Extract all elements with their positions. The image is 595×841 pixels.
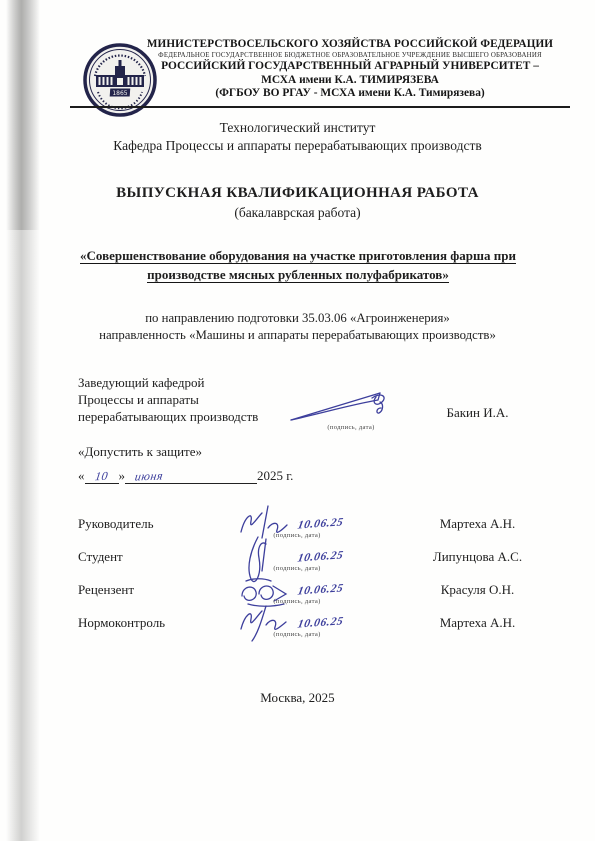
admit-year: 2025 г. — [257, 468, 293, 483]
signature-caption: (подпись, дата) — [236, 631, 358, 638]
signature-row-reviewer: Рецензент 10.06.25 (подпись, дата) Красу… — [0, 582, 595, 618]
signature-date: 10.06.25 — [297, 582, 345, 597]
signature-date: 10.06.25 — [297, 516, 345, 531]
signer-name: Липунцова А.С. — [400, 549, 555, 565]
head-name: Бакин И.А. — [400, 405, 555, 421]
program-direction: по направлению подготовки 35.03.06 «Агро… — [0, 311, 595, 326]
thesis-title-page: 1865 МИНИСТЕРСТВОСЕЛЬСКОГО ХОЗЯЙСТВА РОС… — [0, 0, 595, 841]
signer-name: Мартеха А.Н. — [400, 516, 555, 532]
signature-row-supervisor: Руководитель 10.06.25 (подпись, дата) Ма… — [0, 516, 595, 552]
department-name: Кафедра Процессы и аппараты перерабатыва… — [0, 138, 595, 154]
signature-row-student: Студент 10.06.25 (подпись, дата) Липунцо… — [0, 549, 595, 585]
signer-role: Руководитель — [78, 516, 154, 532]
city-year-footer: Москва, 2025 — [0, 690, 595, 706]
admit-month-handwritten: июня — [134, 469, 164, 485]
work-type-heading: ВЫПУСКНАЯ КВАЛИФИКАЦИОННАЯ РАБОТА — [0, 185, 595, 202]
thesis-title-line2: производстве мясных рубленных полуфабрик… — [147, 267, 449, 283]
signature-row-normcontrol: Нормоконтроль 10.06.25 (подпись, дата) М… — [0, 615, 595, 651]
signer-role: Рецензент — [78, 582, 134, 598]
admit-date-line: «10»июня2025 г. — [78, 468, 293, 484]
head-signature-caption: (подпись, дата) — [296, 424, 406, 431]
university-header: МИНИСТЕРСТВОСЕЛЬСКОГО ХОЗЯЙСТВА РОССИЙСК… — [128, 38, 572, 101]
institute-name: Технологический институт — [0, 120, 595, 136]
signature-caption: (подпись, дата) — [236, 565, 358, 572]
admit-to-defense-label: «Допустить к защите» — [78, 444, 202, 460]
university-name-line2: МСХА имени К.А. ТИМИРЯЗЕВА — [128, 74, 572, 88]
head-role-line3: перерабатывающих производств — [78, 408, 298, 425]
signature-date: 10.06.25 — [297, 549, 345, 564]
department-head-role: Заведующий кафедрой Процессы и аппараты … — [78, 374, 298, 425]
university-name-line1: РОССИЙСКИЙ ГОСУДАРСТВЕННЫЙ АГРАРНЫЙ УНИВ… — [128, 60, 572, 74]
header-divider — [70, 106, 570, 108]
signer-role: Нормоконтроль — [78, 615, 165, 631]
head-signature-scribble — [288, 384, 396, 424]
signer-role: Студент — [78, 549, 123, 565]
thesis-title-line1: «Совершенствование оборудования на участ… — [80, 248, 516, 264]
admit-month-blank: июня — [125, 468, 257, 484]
signer-name: Красуля О.Н. — [400, 582, 555, 598]
logo-year: 1865 — [112, 90, 127, 97]
admit-day-handwritten: 10 — [94, 469, 109, 484]
university-abbrev-line: (ФГБОУ ВО РГАУ - МСХА имени К.А. Тимиряз… — [128, 87, 572, 101]
ministry-line: МИНИСТЕРСТВОСЕЛЬСКОГО ХОЗЯЙСТВА РОССИЙСК… — [128, 38, 572, 51]
admit-day-blank: 10 — [85, 468, 119, 484]
signer-name: Мартеха А.Н. — [400, 615, 555, 631]
institution-type-line: ФЕДЕРАЛЬНОЕ ГОСУДАРСТВЕННОЕ БЮДЖЕТНОЕ ОБ… — [128, 51, 572, 60]
head-role-line2: Процессы и аппараты — [78, 391, 298, 408]
signature-date: 10.06.25 — [297, 615, 345, 630]
work-kind-subheading: (бакалаврская работа) — [0, 205, 595, 221]
program-profile: направленность «Машины и аппараты перера… — [0, 328, 595, 343]
thesis-title: «Совершенствование оборудования на участ… — [38, 246, 558, 284]
head-role-line1: Заведующий кафедрой — [78, 374, 298, 391]
